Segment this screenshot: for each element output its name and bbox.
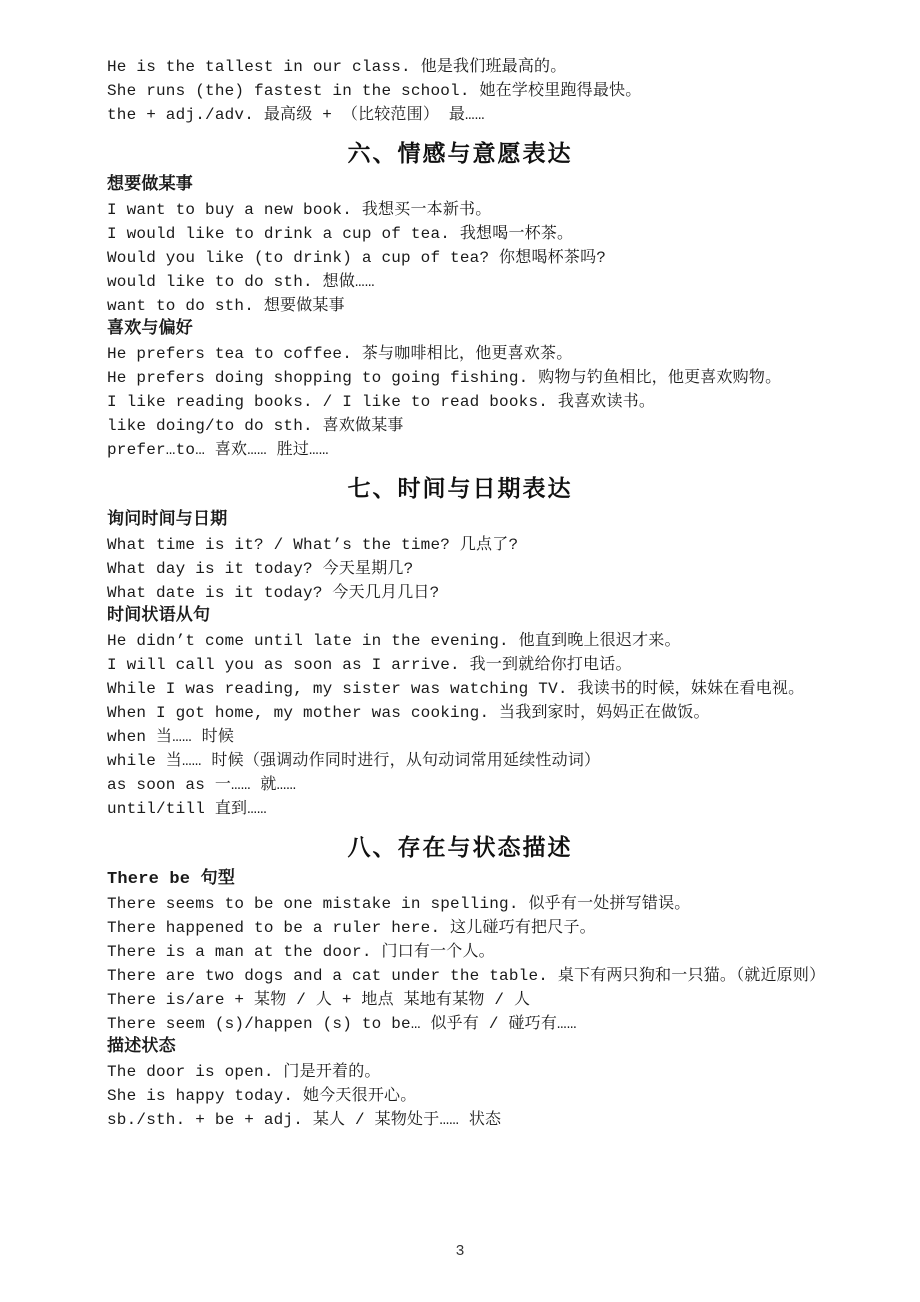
- sentence-line: He is the tallest in our class. 他是我们班最高的…: [107, 55, 832, 79]
- document-page: He is the tallest in our class. 他是我们班最高的…: [0, 0, 920, 1302]
- section-heading-6: 六、情感与意愿表达: [0, 137, 920, 169]
- sentence-line: sb./sth. + be + adj. 某人 / 某物处于…… 状态: [107, 1108, 832, 1132]
- sentence-line: I will call you as soon as I arrive. 我一到…: [107, 653, 832, 677]
- sentence-line: There is a man at the door. 门口有一个人。: [107, 940, 832, 964]
- document-content: He is the tallest in our class. 他是我们班最高的…: [0, 0, 920, 1132]
- sentence-line: There are two dogs and a cat under the t…: [107, 964, 832, 988]
- subsection-title-ask-time-date: 询问时间与日期: [107, 509, 832, 533]
- sentence-line: There is/are + 某物 / 人 + 地点 某地有某物 / 人: [107, 988, 832, 1012]
- sentence-line: What date is it today? 今天几月几日?: [107, 581, 832, 605]
- sentence-line: until/till 直到……: [107, 797, 832, 821]
- sentence-line: I like reading books. / I like to read b…: [107, 390, 832, 414]
- sentence-line: He prefers tea to coffee. 茶与咖啡相比，他更喜欢茶。: [107, 342, 832, 366]
- subsection-title-want-to-do: 想要做某事: [107, 174, 832, 198]
- subsection-title-preference: 喜欢与偏好: [107, 318, 832, 342]
- sentence-line: when 当…… 时候: [107, 725, 832, 749]
- sentence-line: while 当…… 时候（强调动作同时进行，从句动词常用延续性动词）: [107, 749, 832, 773]
- sentence-line: There happened to be a ruler here. 这儿碰巧有…: [107, 916, 832, 940]
- sentence-line: He prefers doing shopping to going fishi…: [107, 366, 832, 390]
- sentence-line: He didn’t come until late in the evening…: [107, 629, 832, 653]
- sentence-line: I want to buy a new book. 我想买一本新书。: [107, 198, 832, 222]
- sentence-line: What time is it? / What’s the time? 几点了?: [107, 533, 832, 557]
- sentence-line: as soon as 一…… 就……: [107, 773, 832, 797]
- section-heading-7: 七、时间与日期表达: [0, 472, 920, 504]
- sentence-line: There seems to be one mistake in spellin…: [107, 892, 832, 916]
- sentence-line: prefer…to… 喜欢…… 胜过……: [107, 438, 832, 462]
- page-number: 3: [0, 1243, 920, 1260]
- sentence-line: There seem (s)/happen (s) to be… 似乎有 / 碰…: [107, 1012, 832, 1036]
- subsection-title-there-be: There be 句型: [107, 868, 832, 892]
- sentence-line: would like to do sth. 想做……: [107, 270, 832, 294]
- sentence-line: She is happy today. 她今天很开心。: [107, 1084, 832, 1108]
- sentence-line: The door is open. 门是开着的。: [107, 1060, 832, 1084]
- sentence-line: While I was reading, my sister was watch…: [107, 677, 832, 701]
- sentence-line: the + adj./adv. 最高级 + （比较范围） 最……: [107, 103, 832, 127]
- section-heading-8: 八、存在与状态描述: [0, 831, 920, 863]
- sentence-line: Would you like (to drink) a cup of tea? …: [107, 246, 832, 270]
- sentence-line: When I got home, my mother was cooking. …: [107, 701, 832, 725]
- sentence-line: I would like to drink a cup of tea. 我想喝一…: [107, 222, 832, 246]
- sentence-line: want to do sth. 想要做某事: [107, 294, 832, 318]
- sentence-line: like doing/to do sth. 喜欢做某事: [107, 414, 832, 438]
- subsection-title-describe-state: 描述状态: [107, 1036, 832, 1060]
- sentence-line: She runs (the) fastest in the school. 她在…: [107, 79, 832, 103]
- sentence-line: What day is it today? 今天星期几?: [107, 557, 832, 581]
- subsection-title-time-clause: 时间状语从句: [107, 605, 832, 629]
